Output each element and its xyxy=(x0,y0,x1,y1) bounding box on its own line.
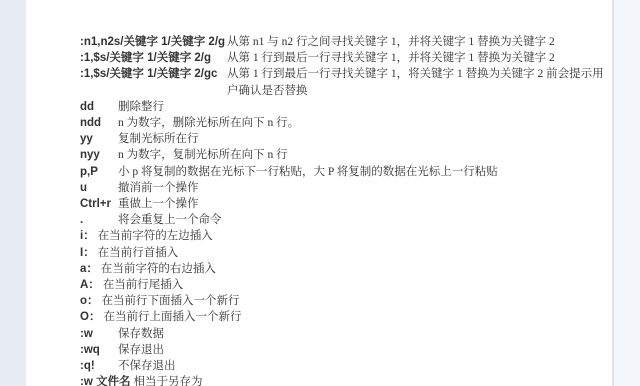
command-description: 在当前行下面插入一个新行 xyxy=(102,293,240,309)
command-row: . 将会重复上一个命令 xyxy=(80,212,612,228)
command-row: yy 复制光标所在行 xyxy=(80,131,612,147)
command-row: o： 在当前行下面插入一个新行 xyxy=(80,293,612,309)
command-text: i： xyxy=(80,228,95,244)
command-text: nyy xyxy=(80,147,113,163)
command-text: A： xyxy=(80,277,100,293)
command-description: 将会重复上一个命令 xyxy=(118,212,222,228)
command-text: :1,$s/关键字 1/关键字 2/g xyxy=(80,50,227,66)
command-description: 不保存退出 xyxy=(118,358,176,374)
command-description: 在当前字符的右边插入 xyxy=(101,261,216,277)
command-text: p,P xyxy=(80,164,113,180)
document-viewport: :n1,n2s/关键字 1/关键字 2/g 从第 n1 与 n2 行之间寻找关键… xyxy=(0,0,640,386)
document-page: :n1,n2s/关键字 1/关键字 2/g 从第 n1 与 n2 行之间寻找关键… xyxy=(26,0,612,386)
command-text: :w 文件名 xyxy=(80,374,130,386)
command-row: I： 在当前行首插入 xyxy=(80,245,612,261)
right-margin xyxy=(612,0,640,386)
command-description: 从第 n1 与 n2 行之间寻找关键字 1，并将关键字 1 替换为关键字 2 xyxy=(227,34,555,50)
command-row: u 撤消前一个操作 xyxy=(80,180,612,196)
command-description: 在当前行上面插入一个新行 xyxy=(103,309,241,325)
command-text: Ctrl+r xyxy=(80,196,113,212)
command-row: :1,$s/关键字 1/关键字 2/gc 从第 1 行到最后一行寻找关键字 1，… xyxy=(80,66,612,82)
command-row: ndd n 为数字，删除光标所在向下 n 行。 xyxy=(80,115,612,131)
command-text: :wq xyxy=(80,342,113,358)
command-text: a： xyxy=(80,261,98,277)
command-text: :q! xyxy=(80,358,113,374)
command-description: 删除整行 xyxy=(118,99,164,115)
command-description: 从第 1 行到最后一行寻找关键字 1，并将关键字 1 替换为关键字 2 xyxy=(227,50,555,66)
command-row: O： 在当前行上面插入一个新行 xyxy=(80,309,612,325)
command-description: 相当于另存为 xyxy=(133,374,202,386)
command-text: ndd xyxy=(80,115,113,131)
command-text: O： xyxy=(80,309,100,325)
command-row: dd 删除整行 xyxy=(80,99,612,115)
command-text: dd xyxy=(80,99,113,115)
command-row: :w 保存数据 xyxy=(80,326,612,342)
command-row: :q! 不保存退出 xyxy=(80,358,612,374)
command-row: A： 在当前行尾插入 xyxy=(80,277,612,293)
command-text: :n1,n2s/关键字 1/关键字 2/g xyxy=(80,34,227,50)
command-description: 保存退出 xyxy=(118,342,164,358)
command-row: Ctrl+r 重做上一个操作 xyxy=(80,196,612,212)
command-row: :n1,n2s/关键字 1/关键字 2/g 从第 n1 与 n2 行之间寻找关键… xyxy=(80,34,612,50)
command-text: u xyxy=(80,180,113,196)
command-description: 户确认是否替换 xyxy=(227,83,308,99)
command-description: 复制光标所在行 xyxy=(118,131,199,147)
command-description: 重做上一个操作 xyxy=(118,196,199,212)
command-row: p,P 小 p 将复制的数据在光标下一行粘贴，大 P 将复制的数据在光标上一行粘… xyxy=(80,164,612,180)
command-description: 撤消前一个操作 xyxy=(118,180,199,196)
command-text: I： xyxy=(80,245,95,261)
command-description: 小 p 将复制的数据在光标下一行粘贴，大 P 将复制的数据在光标上一行粘贴 xyxy=(118,164,498,180)
command-row: 户确认是否替换 xyxy=(80,83,612,99)
command-text: o： xyxy=(80,293,99,309)
command-description: 从第 1 行到最后一行寻找关键字 1，将关键字 1 替换为关键字 2 前会提示用 xyxy=(227,66,604,82)
command-row: :1,$s/关键字 1/关键字 2/g 从第 1 行到最后一行寻找关键字 1，并… xyxy=(80,50,612,66)
command-text: :w xyxy=(80,326,113,342)
command-description: 在当前行首插入 xyxy=(98,245,179,261)
command-row: :w 文件名 相当于另存为 xyxy=(80,374,612,386)
command-row: nyy n 为数字，复制光标所在向下 n 行 xyxy=(80,147,612,163)
command-text: yy xyxy=(80,131,113,147)
command-text: . xyxy=(80,212,113,228)
command-text: :1,$s/关键字 1/关键字 2/gc xyxy=(80,66,227,82)
command-row: :wq 保存退出 xyxy=(80,342,612,358)
left-margin xyxy=(0,0,26,386)
command-description: n 为数字，复制光标所在向下 n 行 xyxy=(118,147,288,163)
command-table: :n1,n2s/关键字 1/关键字 2/g 从第 n1 与 n2 行之间寻找关键… xyxy=(80,34,612,386)
command-row: i： 在当前字符的左边插入 xyxy=(80,228,612,244)
command-description: n 为数字，删除光标所在向下 n 行。 xyxy=(118,115,299,131)
command-description: 保存数据 xyxy=(118,326,164,342)
command-description: 在当前行尾插入 xyxy=(103,277,184,293)
command-description: 在当前字符的左边插入 xyxy=(98,228,213,244)
command-row: a： 在当前字符的右边插入 xyxy=(80,261,612,277)
